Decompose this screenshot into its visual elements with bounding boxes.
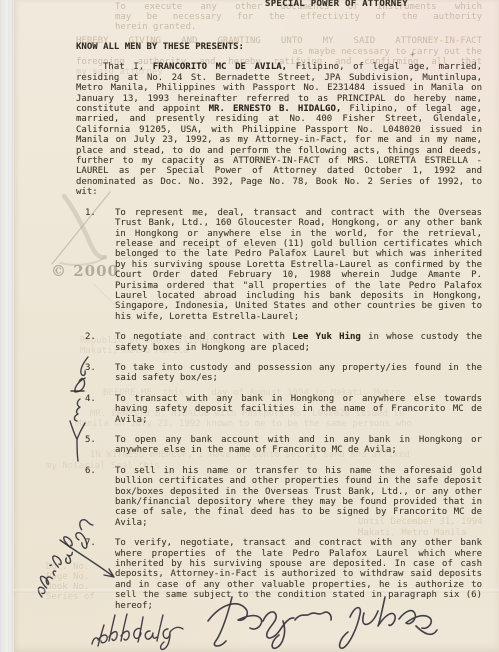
attorney-name: MR. ERNESTO B. HIDALGO, xyxy=(209,104,342,114)
item-number: 3. xyxy=(85,363,96,373)
intro-paragraph: That I, FRANCORITO MC DE AVILA, Filipino… xyxy=(76,62,482,197)
item-text: To take into custody and possession any … xyxy=(115,363,482,383)
opening-clause: KNOW ALL MEN BY THESE PRESENTS: xyxy=(76,42,482,52)
item-text: To verify, negotiate, transact and contr… xyxy=(115,538,482,610)
item-number: 2. xyxy=(85,332,96,342)
item-text: To negotiate and contract with xyxy=(115,332,292,342)
item-number: 6. xyxy=(85,466,96,476)
principal-name: FRANCORITO MC DE AVILA, xyxy=(153,62,287,72)
item-text: To open any bank account with and in any… xyxy=(115,435,482,455)
item-number: 4. xyxy=(85,394,96,404)
list-item-1: 1.To represent me, deal, transact and co… xyxy=(76,208,482,322)
list-item-4: 4.To transact with any bank in Hongkong … xyxy=(76,394,482,425)
item-text: To transact with any bank in Hongkong or… xyxy=(115,394,482,425)
document-body: KNOW ALL MEN BY THESE PRESENTS: That I, … xyxy=(76,42,482,621)
item-number: 7. xyxy=(85,538,96,548)
item-number: 5. xyxy=(85,435,96,445)
list-item-3: 3.To take into custody and possession an… xyxy=(76,363,482,384)
scanned-legal-document: To execute any other documents or instru… xyxy=(0,0,499,652)
intro-text: Filipino, of legal age, married, and pre… xyxy=(76,104,482,197)
custodian-name: Lee Yuk Hing xyxy=(292,332,361,342)
list-item-2: 2.To negotiate and contract with Lee Yuk… xyxy=(76,332,482,353)
page-title: SPECIAL POWER OF ATTORNEY xyxy=(265,0,408,9)
scan-edge-strip xyxy=(0,0,14,652)
intro-text: That I, xyxy=(103,62,153,72)
item-number: 1. xyxy=(85,208,96,218)
powers-list: 1.To represent me, deal, transact and co… xyxy=(76,208,482,611)
list-item-6: 6.To sell in his name or transfer to his… xyxy=(76,466,482,528)
list-item-7: 7.To verify, negotiate, transact and con… xyxy=(76,538,482,611)
item-text: To represent me, deal, transact and cont… xyxy=(115,208,482,322)
list-item-5: 5.To open any bank account with and in a… xyxy=(76,435,482,456)
item-text: To sell in his name or transfer to his n… xyxy=(115,466,482,528)
